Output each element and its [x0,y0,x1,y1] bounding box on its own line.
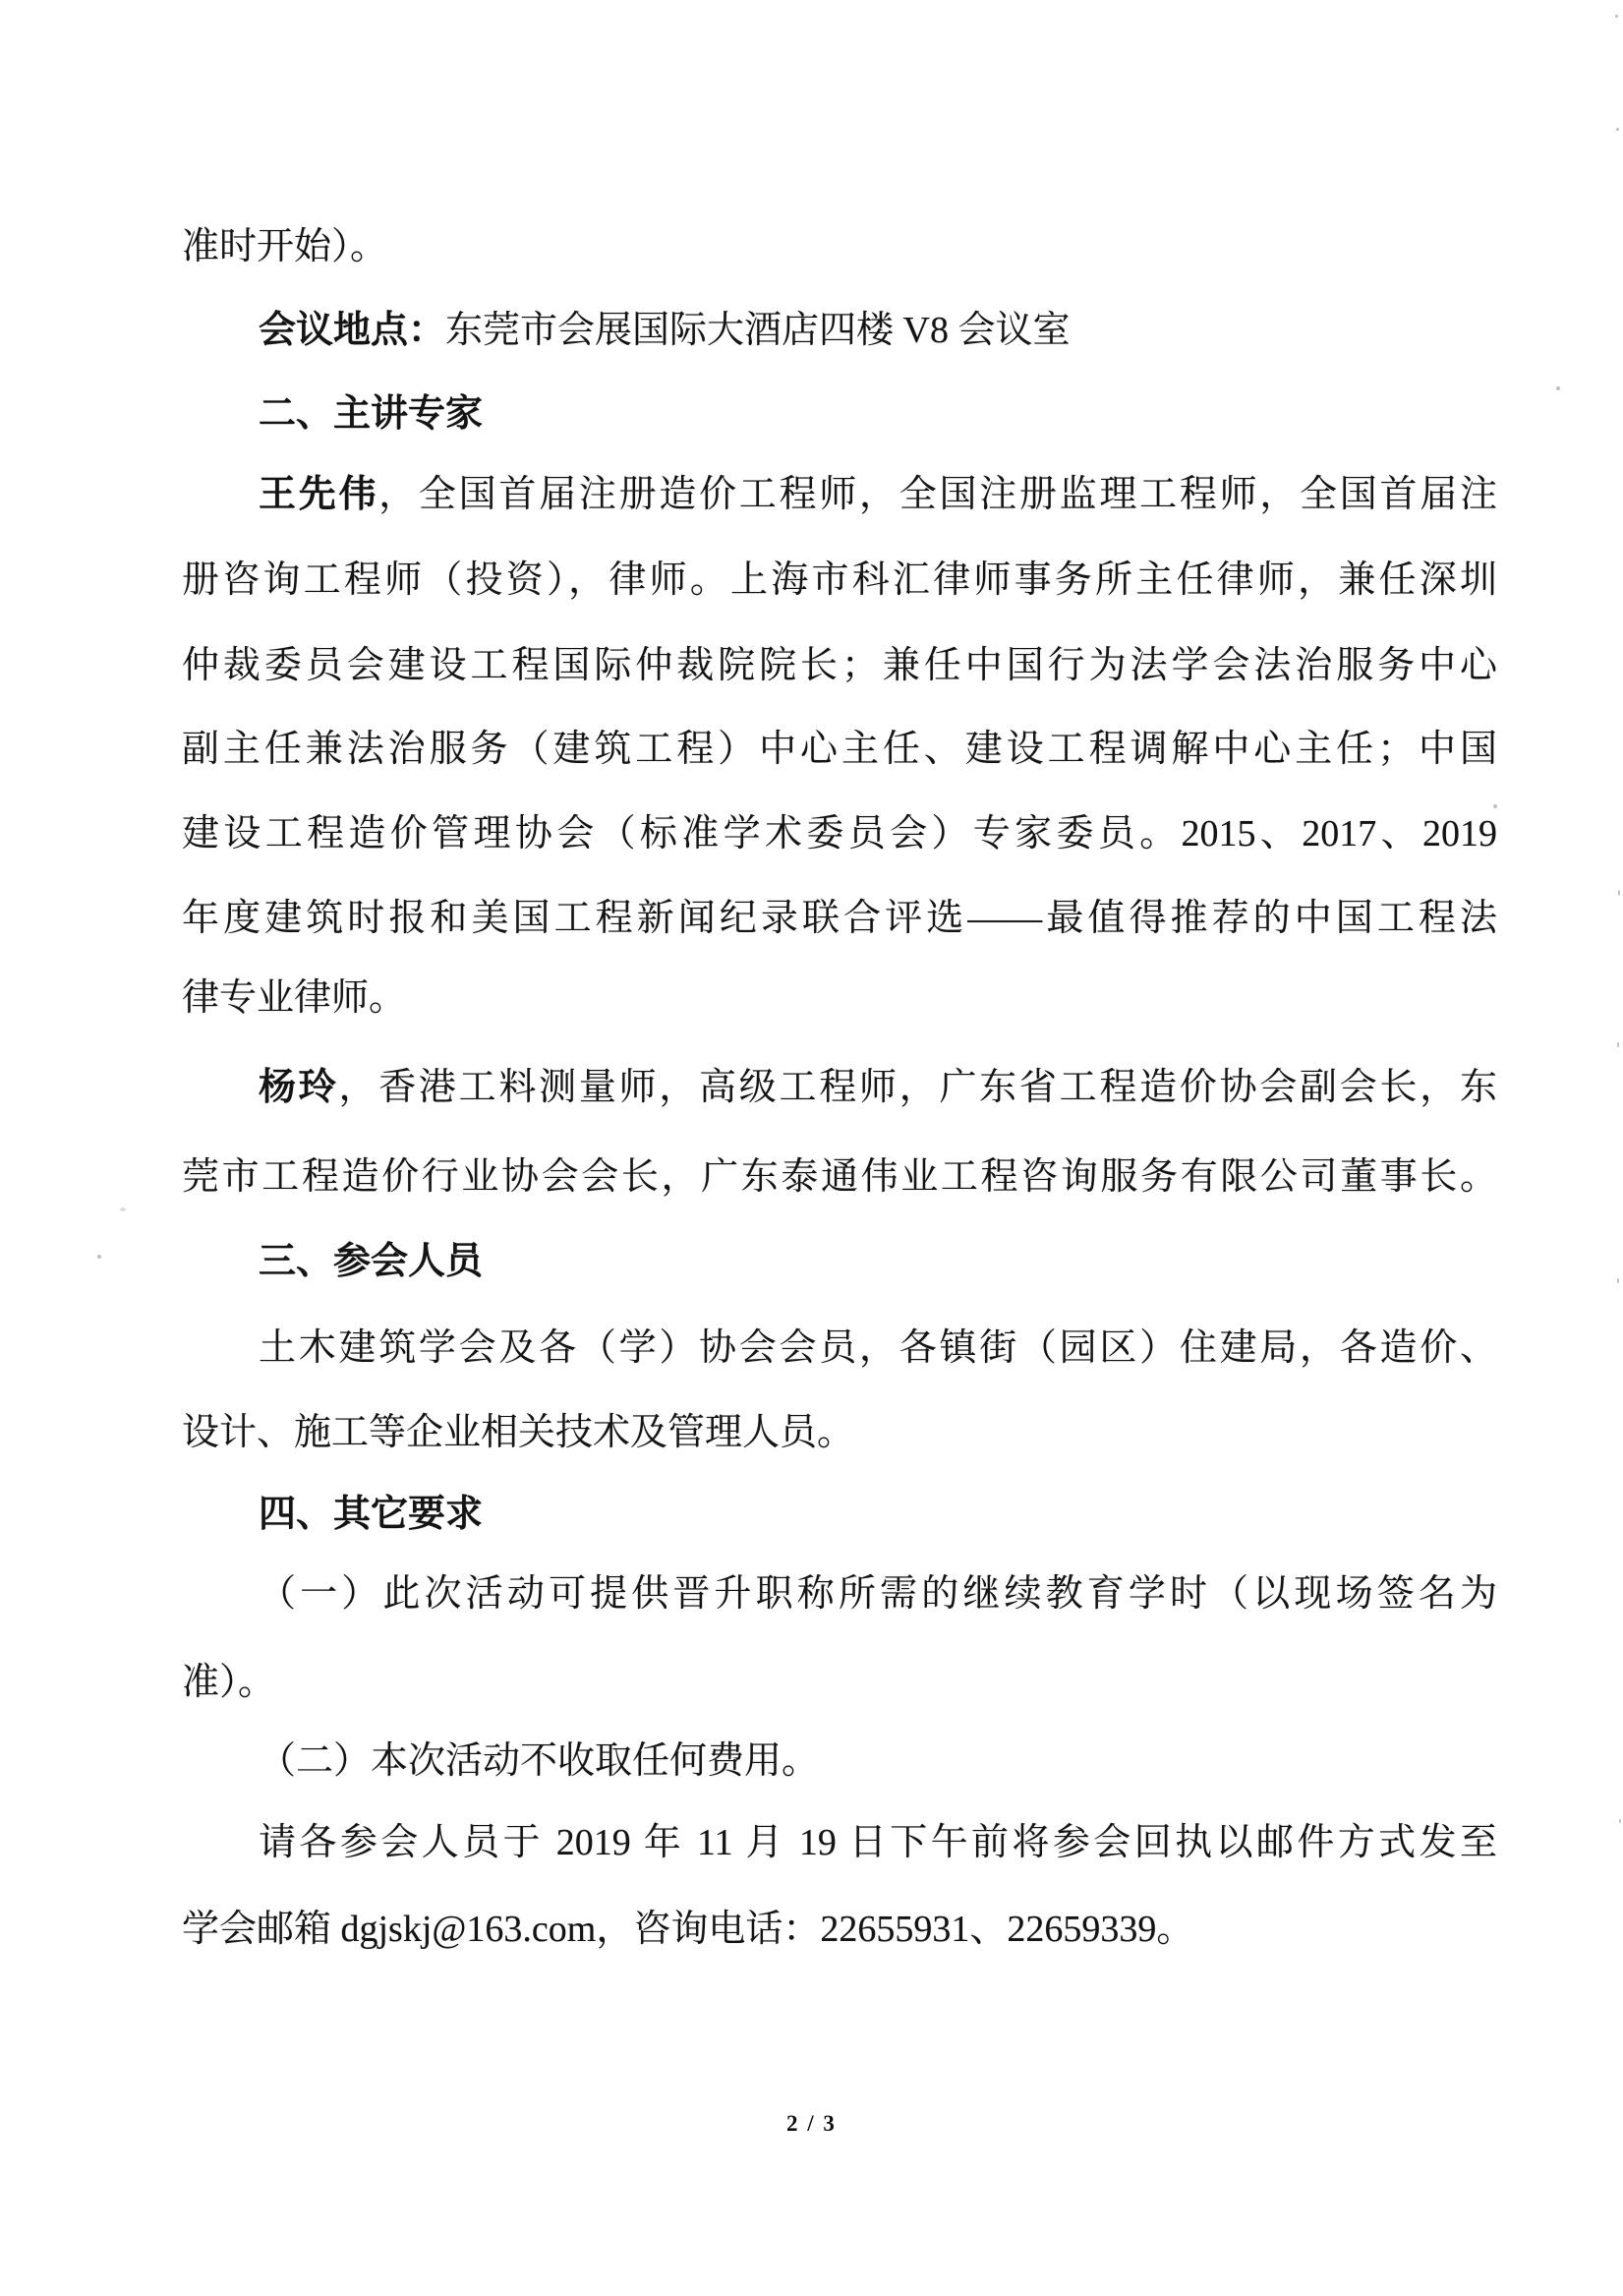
line-text: 律专业律师。 [182,977,406,1019]
scan-speck [1616,128,1619,131]
text-line: 建设工程造价管理协会（标准学术委员会）专家委员。2015、2017、2019 [182,810,1497,857]
line-text: 准）。 [182,1662,275,1703]
line-text: ，全国首届注册造价工程师，全国注册监理工程师，全国首届注 [378,474,1497,515]
speaker1-name: 王先伟 [259,474,378,515]
section-heading-attendees: 三、参会人员 [182,1238,1497,1285]
scan-speck [97,1255,101,1259]
text-line: 准时开始）。 [182,223,1497,270]
contact-info-line: 学会邮箱 dgjskj@163.com，咨询电话：22655931、226593… [182,1906,1497,1953]
text-line: 副主任兼法治服务（建筑工程）中心主任、建设工程调解中心主任；中国 [182,726,1497,773]
scan-speck [1556,386,1560,390]
text-line: 设计、施工等企业相关技术及管理人员。 [182,1409,1497,1456]
line-text: 准时开始）。 [182,226,387,267]
line-text: 册咨询工程师（投资），律师。上海市科汇律师事务所主任律师，兼任深圳 [182,559,1497,601]
line-text: 请各参会人员于 2019 年 11 月 19 日下午前将参会回执以邮件方式发至 [259,1822,1497,1863]
line-text: 学会邮箱 dgjskj@163.com，咨询电话：22655931、226593… [182,1909,1193,1950]
scan-speck [1617,1042,1619,1047]
heading-text: 二、主讲专家 [259,393,483,435]
scan-speck [1617,1278,1619,1283]
text-line: 准）。 [182,1659,1497,1706]
scan-speck [1493,804,1497,808]
line-text: 土木建筑学会及各（学）协会会员，各镇街（园区）住建局，各造价、 [259,1327,1497,1369]
reply-instruction-line: 请各参会人员于 2019 年 11 月 19 日下午前将参会回执以邮件方式发至 [182,1819,1497,1866]
heading-text: 四、其它要求 [259,1494,483,1535]
speaker1-line: 王先伟，全国首届注册造价工程师，全国注册监理工程师，全国首届注 [182,471,1497,518]
scan-speck [1618,890,1620,896]
line-text: ，香港工料测量师，高级工程师，广东省工程造价协会副会长，东 [338,1067,1497,1108]
text-line: 年度建筑时报和美国工程新闻纪录联合评选——最值得推荐的中国工程法 [182,895,1497,942]
scan-speck [1619,1819,1621,1823]
line-text: 年度建筑时报和美国工程新闻纪录联合评选——最值得推荐的中国工程法 [182,898,1497,939]
document-page: 准时开始）。 会议地点：东莞市会展国际大酒店四楼 V8 会议室 二、主讲专家 王… [0,0,1623,2296]
requirement1-line: （一）此次活动可提供晋升职称所需的继续教育学时（以现场签名为 [182,1570,1497,1618]
text-line: 仲裁委员会建设工程国际仲裁院院长；兼任中国行为法学会法治服务中心 [182,642,1497,689]
text-line: 莞市工程造价行业协会会长，广东泰通伟业工程咨询服务有限公司董事长。 [182,1153,1497,1201]
speaker2-name: 杨玲 [259,1067,338,1108]
requirement2-line: （二）本次活动不收取任何费用。 [182,1737,1497,1785]
page-number: 2 / 3 [0,2111,1623,2137]
line-text: （一）此次活动可提供晋升职称所需的继续教育学时（以现场签名为 [259,1573,1497,1615]
text-line: 律专业律师。 [182,974,1497,1022]
text-line: 册咨询工程师（投资），律师。上海市科汇律师事务所主任律师，兼任深圳 [182,557,1497,604]
line-text: 设计、施工等企业相关技术及管理人员。 [182,1412,854,1453]
section-heading-speakers: 二、主讲专家 [182,390,1497,438]
scan-speck [1615,15,1618,18]
heading-text: 三、参会人员 [259,1241,483,1282]
meeting-venue-line: 会议地点：东莞市会展国际大酒店四楼 V8 会议室 [182,307,1497,354]
line-text: 副主任兼法治服务（建筑工程）中心主任、建设工程调解中心主任；中国 [182,729,1497,770]
speaker2-line: 杨玲，香港工料测量师，高级工程师，广东省工程造价协会副会长，东 [182,1064,1497,1111]
text-line: 土木建筑学会及各（学）协会会员，各镇街（园区）住建局，各造价、 [182,1325,1497,1372]
line-text: 建设工程造价管理协会（标准学术委员会）专家委员。2015、2017、2019 [182,813,1497,854]
line-text: 莞市工程造价行业协会会长，广东泰通伟业工程咨询服务有限公司董事长。 [182,1156,1497,1198]
section-heading-requirements: 四、其它要求 [182,1491,1497,1538]
venue-label: 会议地点： [259,310,445,351]
line-text: 东莞市会展国际大酒店四楼 V8 会议室 [445,310,1070,351]
line-text: 仲裁委员会建设工程国际仲裁院院长；兼任中国行为法学会法治服务中心 [182,645,1497,686]
line-text: （二）本次活动不收取任何费用。 [259,1740,819,1782]
scan-speck [120,1207,126,1211]
